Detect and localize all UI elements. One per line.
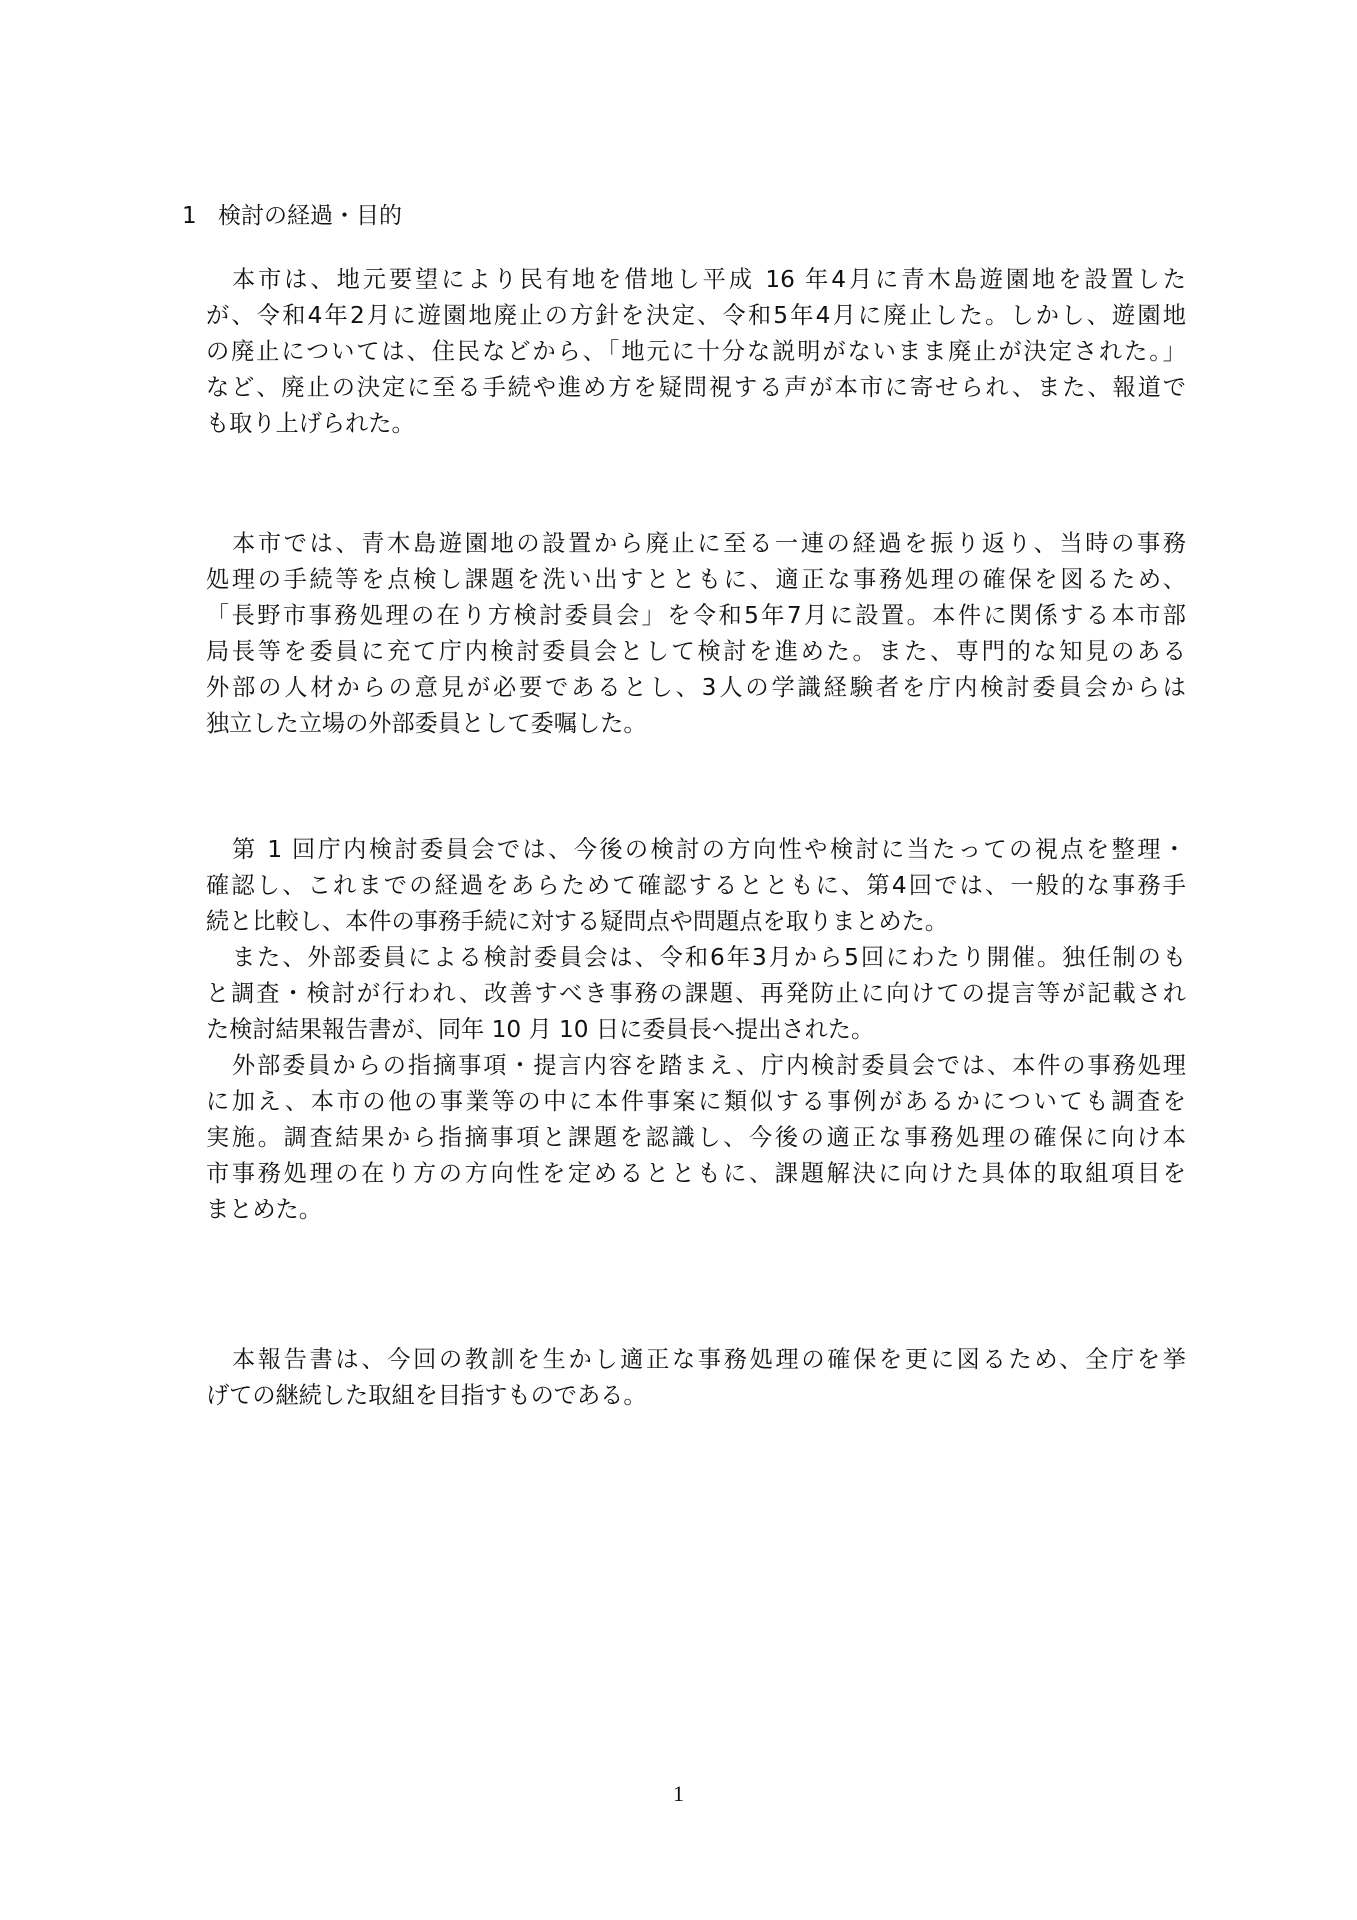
section-number: 1: [182, 198, 218, 234]
paragraph-line: 続と比較し、本件の事務手続に対する疑問点や問題点を取りまとめた。: [206, 904, 1186, 940]
paragraph-line: が、令和4年2月に遊園地廃止の方針を決定、令和5年4月に廃止した。しかし、遊園地: [206, 298, 1186, 334]
paragraph-line: 第 1 回庁内検討委員会では、今後の検討の方向性や検討に当たっての視点を整理・: [206, 832, 1186, 868]
paragraph-line: 本市では、青木島遊園地の設置から廃止に至る一連の経過を振り返り、当時の事務: [206, 526, 1186, 562]
paragraph-line: まとめた。: [206, 1192, 1186, 1228]
paragraph-purpose: 本報告書は、今回の教訓を生かし適正な事務処理の確保を更に図るため、全庁を挙 げて…: [206, 1342, 1186, 1414]
paragraph-line: 市事務処理の在り方の方向性を定めるとともに、課題解決に向けた具体的取組項目を: [206, 1156, 1186, 1192]
document-page: 1検討の経過・目的 本市は、地元要望により民有地を借地し平成 16 年4月に青木…: [0, 0, 1357, 1920]
section-heading: 1検討の経過・目的: [182, 198, 402, 234]
paragraph-line: 独立した立場の外部委員として委嘱した。: [206, 706, 1186, 742]
paragraph-line: 本報告書は、今回の教訓を生かし適正な事務処理の確保を更に図るため、全庁を挙: [206, 1342, 1186, 1378]
paragraph-background: 本市は、地元要望により民有地を借地し平成 16 年4月に青木島遊園地を設置した …: [206, 262, 1186, 442]
paragraph-findings: 外部委員からの指摘事項・提言内容を踏まえ、庁内検討委員会では、本件の事務処理 に…: [206, 1048, 1186, 1228]
paragraph-line: 局長等を委員に充て庁内検討委員会として検討を進めた。また、専門的な知見のある: [206, 634, 1186, 670]
paragraph-line: 外部の人材からの意見が必要であるとし、3人の学識経験者を庁内検討委員会からは: [206, 670, 1186, 706]
paragraph-internal-committee: 第 1 回庁内検討委員会では、今後の検討の方向性や検討に当たっての視点を整理・ …: [206, 832, 1186, 940]
paragraph-line: も取り上げられた。: [206, 406, 1186, 442]
paragraph-line: また、外部委員による検討委員会は、令和6年3月から5回にわたり開催。独任制のも: [206, 940, 1186, 976]
paragraph-line: 本市は、地元要望により民有地を借地し平成 16 年4月に青木島遊園地を設置した: [206, 262, 1186, 298]
paragraph-line: 「長野市事務処理の在り方検討委員会」を令和5年7月に設置。本件に関係する本市部: [206, 598, 1186, 634]
paragraph-line: など、廃止の決定に至る手続や進め方を疑問視する声が本市に寄せられ、また、報道で: [206, 370, 1186, 406]
paragraph-line: と調査・検討が行われ、改善すべき事務の課題、再発防止に向けての提言等が記載され: [206, 976, 1186, 1012]
paragraph-line: 処理の手続等を点検し課題を洗い出すとともに、適正な事務処理の確保を図るため、: [206, 562, 1186, 598]
page-number: 1: [0, 1780, 1357, 1808]
paragraph-line: 確認し、これまでの経過をあらためて確認するとともに、第4回では、一般的な事務手: [206, 868, 1186, 904]
paragraph-committee-setup: 本市では、青木島遊園地の設置から廃止に至る一連の経過を振り返り、当時の事務 処理…: [206, 526, 1186, 742]
section-title: 検討の経過・目的: [218, 203, 402, 229]
paragraph-line: 実施。調査結果から指摘事項と課題を認識し、今後の適正な事務処理の確保に向け本: [206, 1120, 1186, 1156]
paragraph-line: げての継続した取組を目指すものである。: [206, 1378, 1186, 1414]
paragraph-line: 外部委員からの指摘事項・提言内容を踏まえ、庁内検討委員会では、本件の事務処理: [206, 1048, 1186, 1084]
paragraph-external-committee: また、外部委員による検討委員会は、令和6年3月から5回にわたり開催。独任制のも …: [206, 940, 1186, 1048]
paragraph-line: に加え、本市の他の事業等の中に本件事案に類似する事例があるかについても調査を: [206, 1084, 1186, 1120]
paragraph-line: た検討結果報告書が、同年 10 月 10 日に委員長へ提出された。: [206, 1012, 1186, 1048]
paragraph-line: の廃止については、住民などから、「地元に十分な説明がないまま廃止が決定された。」: [206, 334, 1186, 370]
